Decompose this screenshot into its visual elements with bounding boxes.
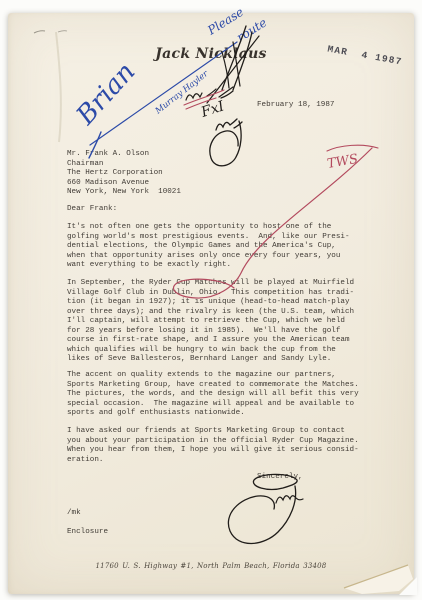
- salutation: Dear Frank:: [67, 205, 117, 215]
- body-paragraph-4: I have asked our friends at Sports Marke…: [67, 427, 359, 465]
- letterhead-address: 11760 U. S. Highway #1, North Palm Beach…: [0, 562, 422, 570]
- closing-sincerely: Sincerely,: [257, 473, 303, 483]
- enclosure-note: Enclosure: [67, 528, 108, 538]
- body-paragraph-1: It's not often one gets the opportunity …: [67, 223, 350, 271]
- letter-date: February 18, 1987: [257, 101, 334, 111]
- body-paragraph-3: The accent on quality extends to the mag…: [67, 371, 359, 419]
- scanned-letter-page: Jack Nicklaus MAR 4 1987 February 18, 19…: [0, 0, 422, 600]
- recipient-address-block: Mr. Frank A. Olson Chairman The Hertz Co…: [67, 150, 181, 198]
- body-paragraph-2: In September, the Ryder Cup Matches will…: [67, 279, 354, 365]
- typist-initials: /mk: [67, 509, 81, 519]
